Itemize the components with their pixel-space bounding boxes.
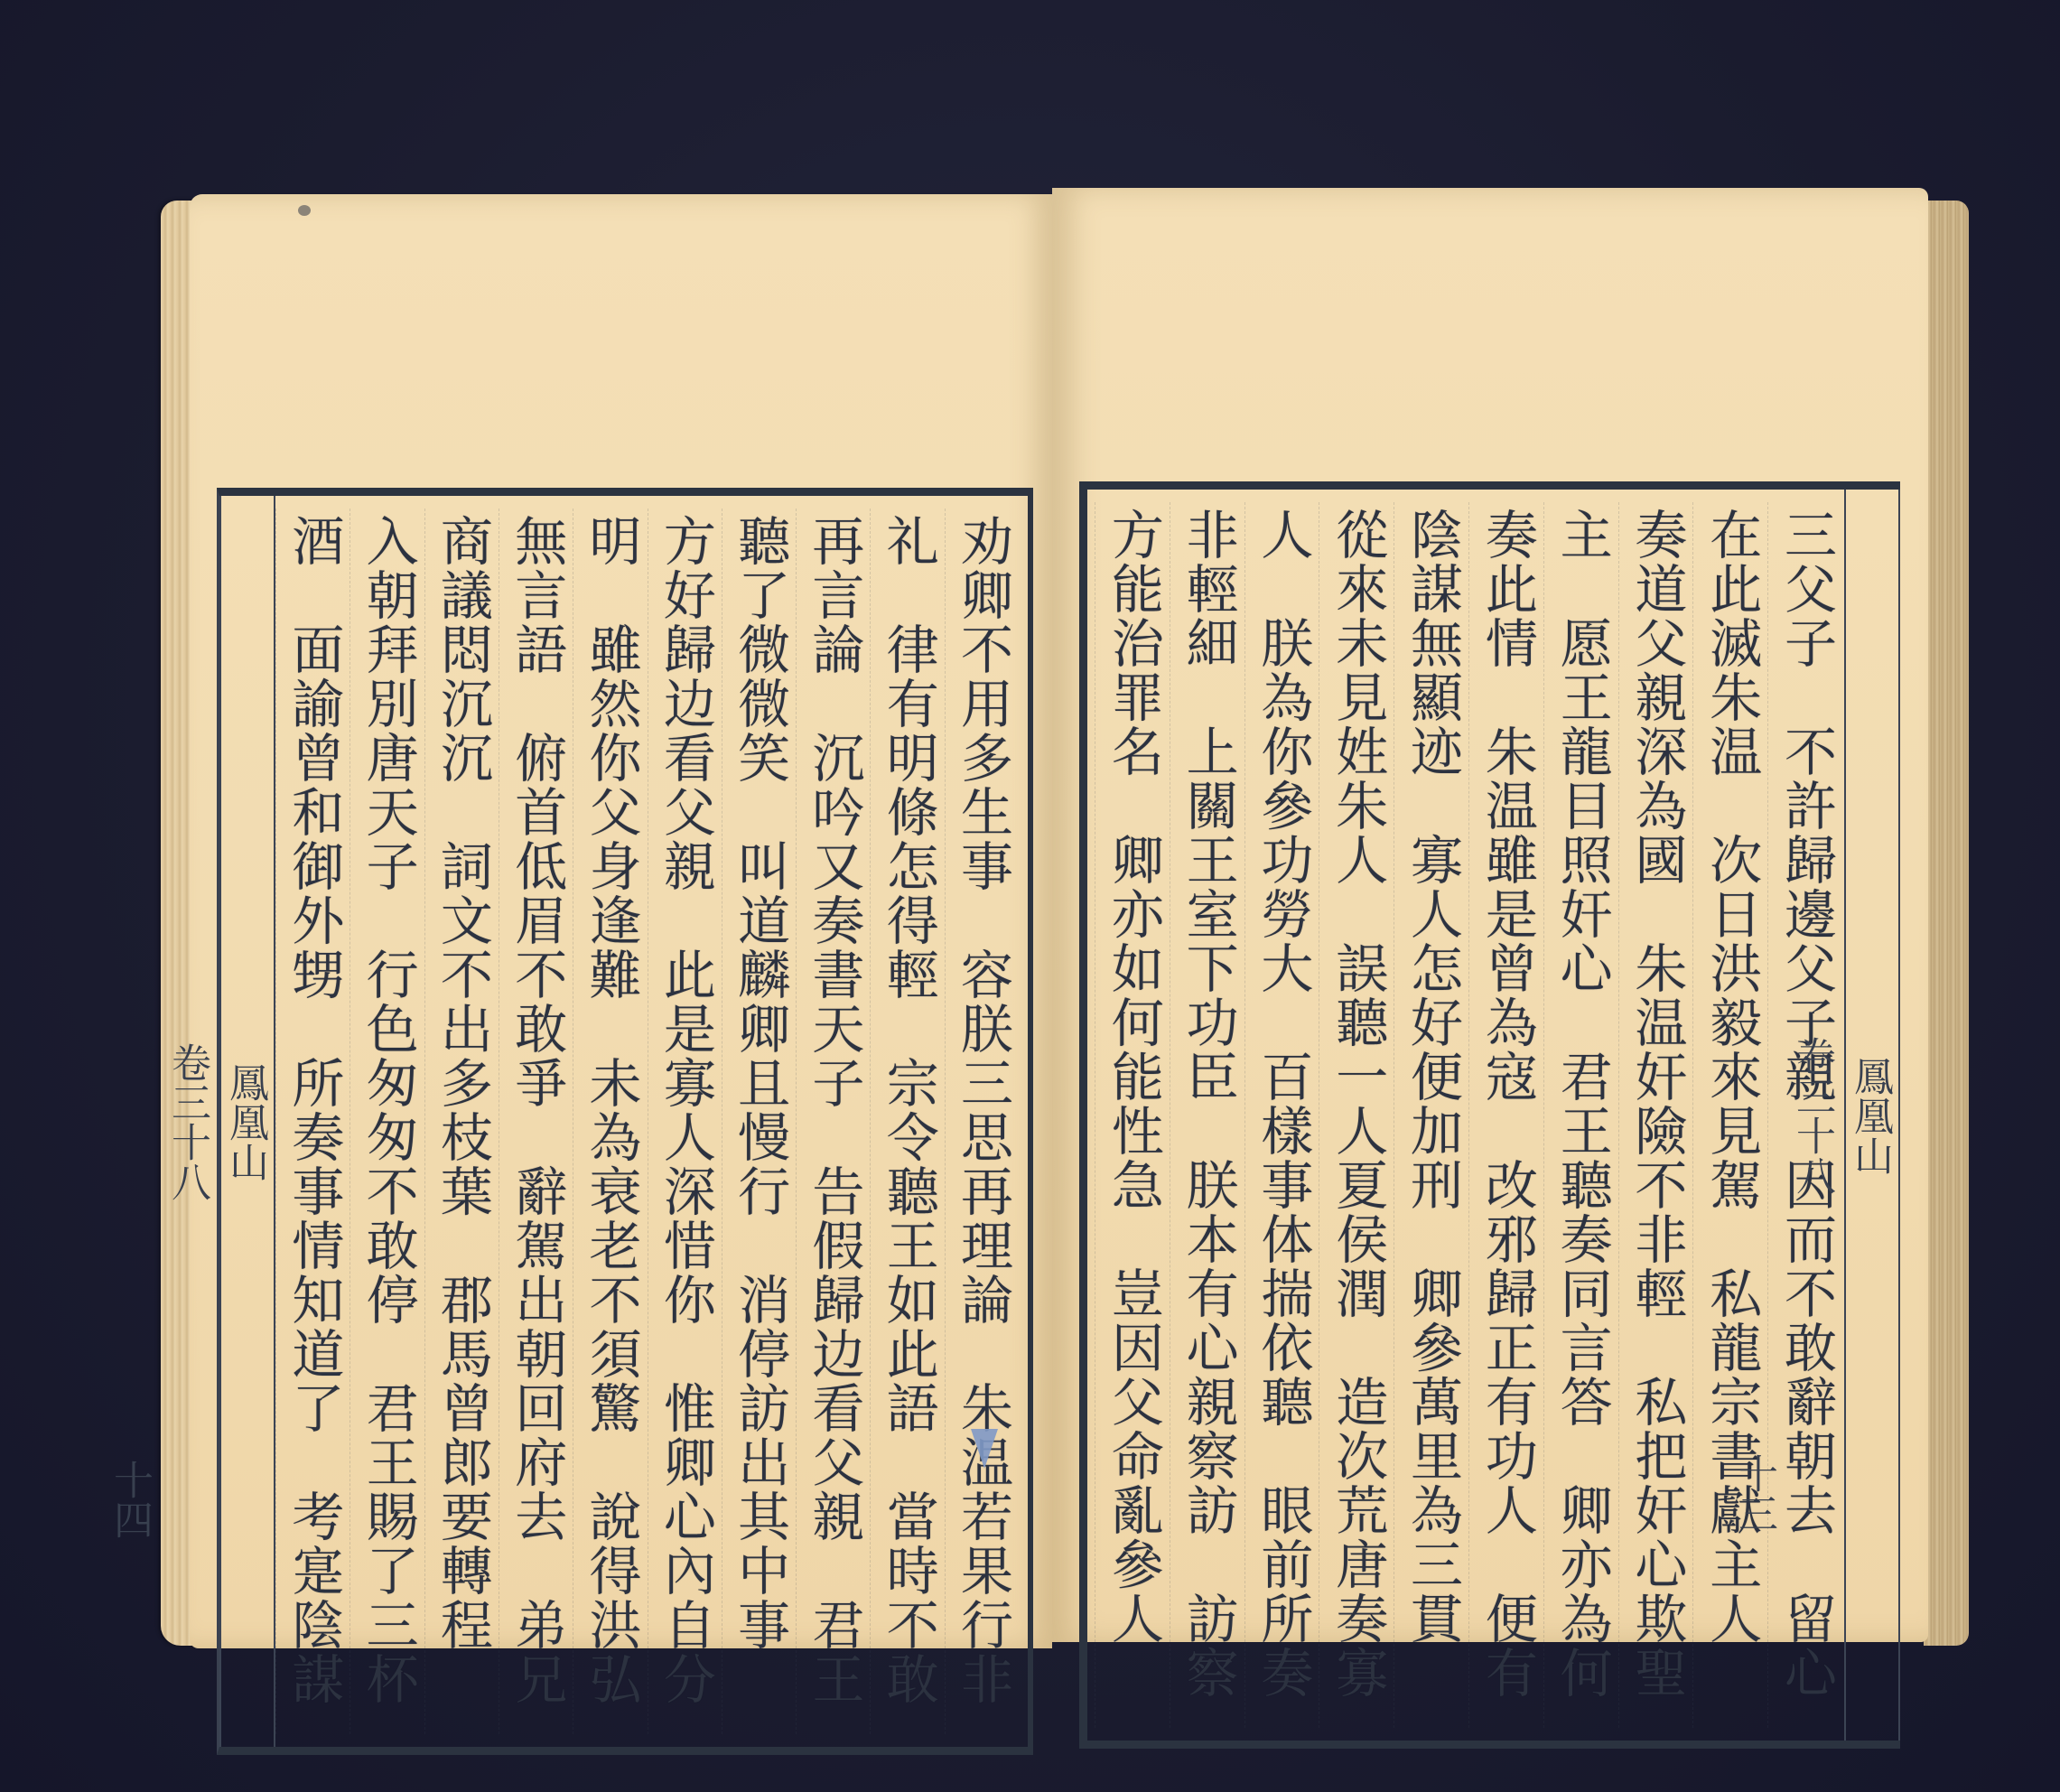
- open-book: 鳳凰山 卷三十八 十四 劝卿不用多生事 容朕三思再理論 朱温若果行非 礼 律有明…: [0, 0, 2060, 1792]
- page-number: 十四: [100, 1460, 158, 1539]
- book-title: 鳳凰山: [216, 1062, 274, 1181]
- ink-spot: [298, 205, 311, 216]
- left-page-text-columns: 劝卿不用多生事 容朕三思再理論 朱温若果行非 礼 律有明條怎得輕 宗令聽王如此語…: [275, 509, 1019, 1734]
- text-column: 從來未見姓朱人 誤聽一人夏侯潤 造次荒唐奏寡: [1319, 502, 1394, 1728]
- right-page: 三父子 不許歸邊父子親 因而不敢辭朝去 留心 在此滅朱温 次日洪毅來見駕 私龍宗…: [1052, 188, 1928, 1642]
- text-column: 明 雖然你父身逢難 未為衰老不須驚 說得洪弘: [573, 509, 647, 1734]
- right-page-block-edge: [1924, 201, 1969, 1646]
- text-column: 聽了微微笑 叫道麟卿且慢行 消停訪出其中事: [722, 509, 796, 1734]
- volume-label: 卷三十八: [1783, 1036, 1841, 1195]
- right-page-margin-column: 鳳凰山 卷三十八 十三: [1844, 490, 1900, 1741]
- text-column: 奏此情 朱温雖是曾為寇 改邪歸正有功人 便有: [1468, 502, 1543, 1728]
- text-column: 人 朕為你參功勞大 百樣事体揣依聽 眼前所奏: [1244, 502, 1319, 1728]
- volume-label: 卷三十八: [158, 1042, 216, 1201]
- text-column: 非輕細 上關王室下功臣 朕本有心親察訪 訪察: [1170, 502, 1244, 1728]
- text-column: 主 愿王龍目照奸心 君王聽奏同言答 卿亦為何: [1543, 502, 1618, 1728]
- left-page-frame: 鳳凰山 卷三十八 十四 劝卿不用多生事 容朕三思再理論 朱温若果行非 礼 律有明…: [217, 488, 1033, 1755]
- text-column: 商議悶沉沉 詞文不出多枝葉 郡馬曾郎要轉程: [424, 509, 499, 1734]
- text-column: 在此滅朱温 次日洪毅來見駕 私龍宗書獻主人: [1692, 502, 1767, 1728]
- page-number: 十三: [1725, 1453, 1783, 1533]
- text-column: 奏道父親深為國 朱温奸險不非輕 私把奸心欺聖: [1618, 502, 1693, 1728]
- text-column: 入朝拜別唐天子 行色匆匆不敢停 君王賜了三杯: [350, 509, 424, 1734]
- left-page: 鳳凰山 卷三十八 十四 劝卿不用多生事 容朕三思再理論 朱温若果行非 礼 律有明…: [190, 194, 1052, 1648]
- text-column: 劝卿不用多生事 容朕三思再理論 朱温若果行非: [945, 509, 1019, 1734]
- text-column: 再言論 沉吟又奏書天子 告假歸边看父親 君王: [796, 509, 870, 1734]
- book-title: 鳳凰山: [1841, 1056, 1898, 1175]
- text-column: 方能治罪名 卿亦如何能性急 豈因父命亂參人: [1095, 502, 1170, 1728]
- text-column: 酒 面諭曾和御外甥 所奏事情知道了 考寔陰謀: [275, 509, 350, 1734]
- right-page-frame: 三父子 不許歸邊父子親 因而不敢辭朝去 留心 在此滅朱温 次日洪毅來見駕 私龍宗…: [1079, 481, 1900, 1749]
- text-column: 無言語 俯首低眉不敢爭 辭駕出朝回府去 弟兄: [499, 509, 573, 1734]
- left-page-margin-column: 鳳凰山 卷三十八 十四: [219, 496, 275, 1747]
- text-column: 礼 律有明條怎得輕 宗令聽王如此語 當時不敢: [870, 509, 944, 1734]
- text-column: 陰謀無顯迹 寡人怎好便加刑 卿參萬里為三貫: [1394, 502, 1468, 1728]
- right-page-text-columns: 三父子 不許歸邊父子親 因而不敢辭朝去 留心 在此滅朱温 次日洪毅來見駕 私龍宗…: [1095, 502, 1842, 1728]
- text-column: 方好歸边看父親 此是寡人深惜你 惟卿心內自分: [648, 509, 722, 1734]
